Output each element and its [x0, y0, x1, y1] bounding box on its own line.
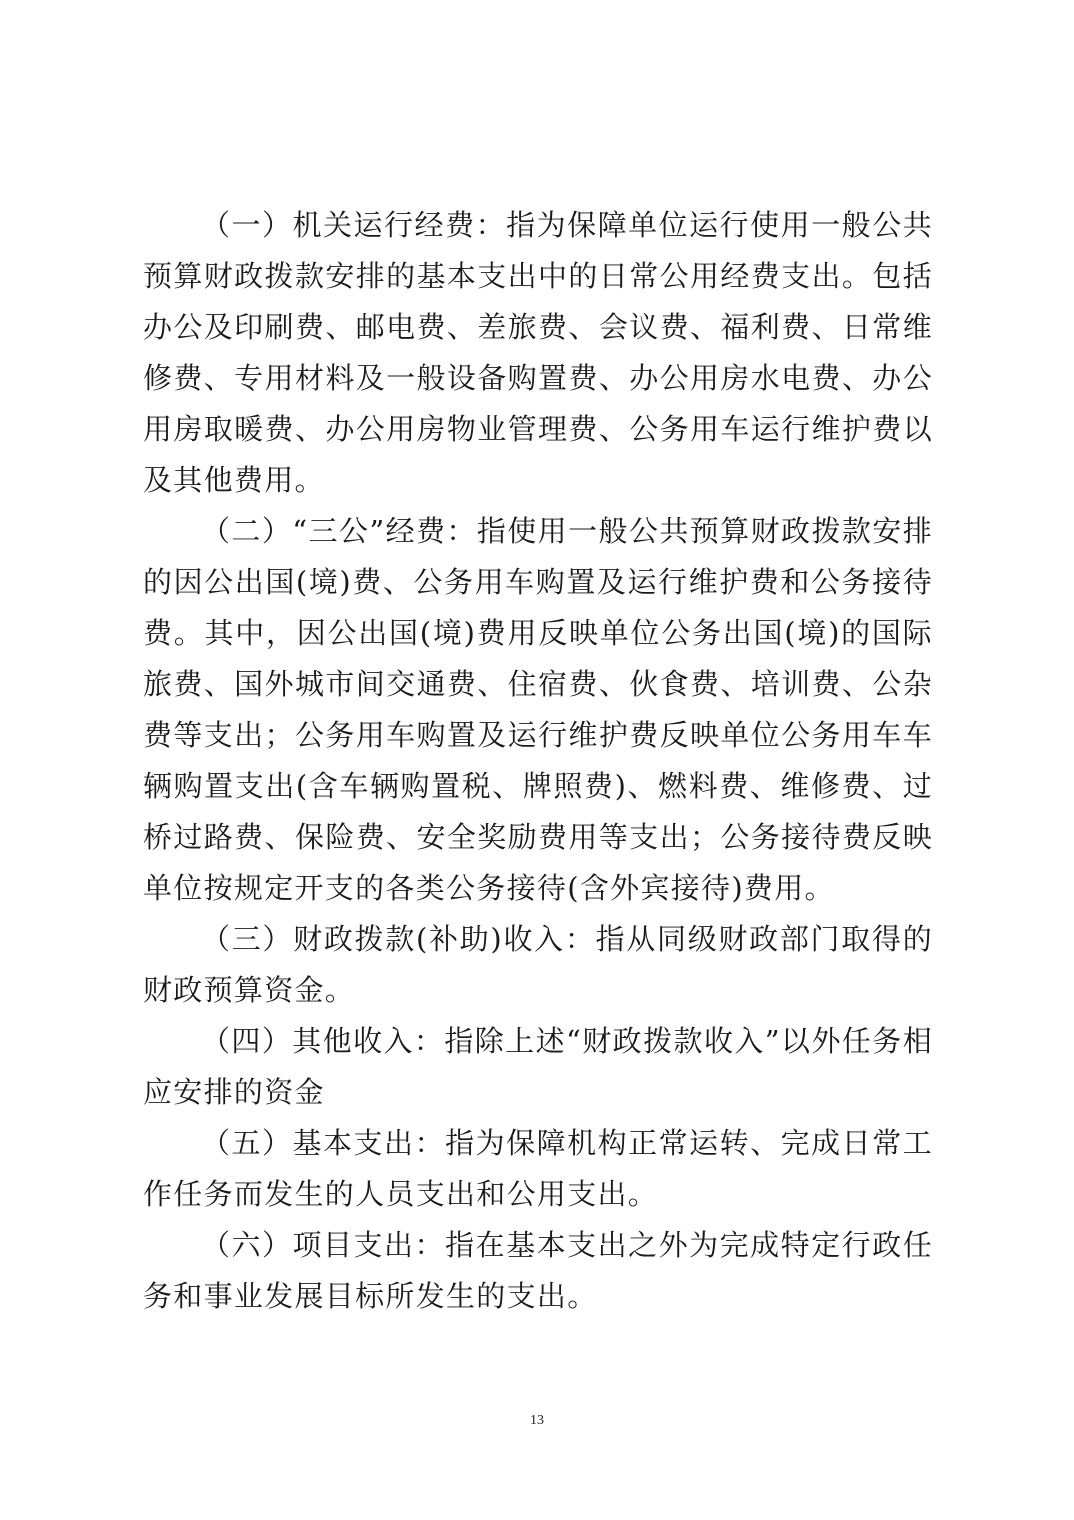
document-body: （一）机关运行经费：指为保障单位运行使用一般公共预算财政拨款安排的基本支出中的日… [143, 200, 933, 1322]
paragraph-project-expenditure: （六）项目支出：指在基本支出之外为完成特定行政任务和事业发展目标所发生的支出。 [143, 1220, 933, 1322]
page-number: 13 [0, 1413, 1074, 1429]
paragraph-basic-expenditure: （五）基本支出：指为保障机构正常运转、完成日常工作任务而发生的人员支出和公用支出… [143, 1118, 933, 1220]
paragraph-other-income: （四）其他收入：指除上述“财政拨款收入”以外任务相应安排的资金 [143, 1016, 933, 1118]
paragraph-fiscal-appropriation-income: （三）财政拨款(补助)收入：指从同级财政部门取得的财政预算资金。 [143, 914, 933, 1016]
paragraph-three-public-expenses: （二）“三公”经费：指使用一般公共预算财政拨款安排的因公出国(境)费、公务用车购… [143, 506, 933, 914]
paragraph-operating-expenses: （一）机关运行经费：指为保障单位运行使用一般公共预算财政拨款安排的基本支出中的日… [143, 200, 933, 506]
